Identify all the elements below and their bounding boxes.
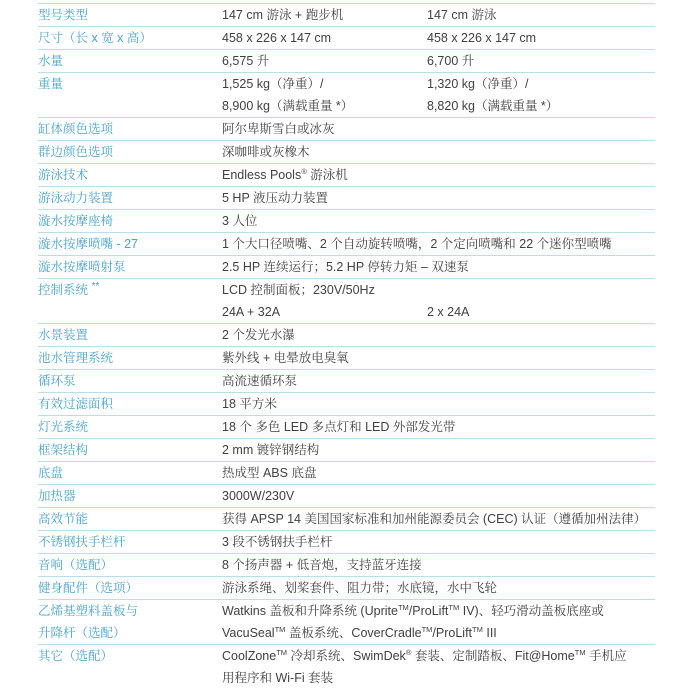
spec-label: 乙烯基塑料盖板与升降杆（选配） [38, 600, 222, 644]
spec-value-col1: 热成型 ABS 底盘 [222, 462, 655, 484]
spec-value-line: 深咖啡或灰橡木 [222, 141, 655, 163]
spec-table: 型号类型147 cm 游泳 + 跑步机147 cm 游泳尺寸（长 x 宽 x 高… [38, 3, 655, 689]
spec-values: 8 个扬声器 + 低音炮，支持蓝牙连接 [222, 554, 655, 576]
spec-row: 有效过滤面积18 平方米 [38, 393, 655, 416]
spec-value-col1: 2 个发光水瀑 [222, 324, 655, 346]
spec-value-col2: 458 x 226 x 147 cm [427, 27, 655, 49]
registered-mark: ® [406, 648, 412, 657]
spec-label: 底盘 [38, 462, 222, 484]
spec-value-col2: 8,820 kg（满载重量 *） [427, 95, 655, 117]
spec-label-line: 加热器 [38, 485, 222, 507]
spec-value-col1: 1,525 kg（净重）/ [222, 73, 427, 95]
spec-label: 漩水按摩喷嘴 - 27 [38, 233, 222, 255]
spec-value-col2: 6,700 升 [427, 50, 655, 72]
spec-label: 漩水按摩座椅 [38, 210, 222, 232]
spec-value-col1: 3 段不锈钢扶手栏杆 [222, 531, 655, 553]
spec-row: 音响（选配）8 个扬声器 + 低音炮，支持蓝牙连接 [38, 554, 655, 577]
spec-value-col1: 1 个大口径喷嘴、2 个自动旋转喷嘴，2 个定向喷嘴和 22 个迷你型喷嘴 [222, 233, 655, 255]
spec-label: 游泳动力装置 [38, 187, 222, 209]
spec-label: 缸体颜色选项 [38, 118, 222, 140]
spec-label: 音响（选配） [38, 554, 222, 576]
trademark-mark: TM [276, 648, 287, 657]
spec-row: 底盘热成型 ABS 底盘 [38, 462, 655, 485]
spec-value-col2: 147 cm 游泳 [427, 4, 655, 26]
spec-label: 框架结构 [38, 439, 222, 461]
spec-value-line: 高流速循环泵 [222, 370, 655, 392]
spec-value-col1: 18 个 多色 LED 多点灯和 LED 外部发光带 [222, 416, 655, 438]
spec-label: 漩水按摩喷射泵 [38, 256, 222, 278]
spec-label-line: 缸体颜色选项 [38, 118, 222, 140]
spec-row: 漩水按摩喷嘴 - 271 个大口径喷嘴、2 个自动旋转喷嘴，2 个定向喷嘴和 2… [38, 233, 655, 256]
spec-values: 游泳系绳、划桨套件、阻力带；水底镜，水中飞轮 [222, 577, 655, 599]
registered-mark: ® [301, 167, 307, 176]
spec-label: 游泳技术 [38, 164, 222, 186]
spec-row: 型号类型147 cm 游泳 + 跑步机147 cm 游泳 [38, 4, 655, 27]
spec-values: LCD 控制面板；230V/50Hz24A + 32A2 x 24A [222, 279, 655, 323]
spec-value-line: 3 段不锈钢扶手栏杆 [222, 531, 655, 553]
spec-row: 水景装置2 个发光水瀑 [38, 324, 655, 347]
spec-values: 3 段不锈钢扶手栏杆 [222, 531, 655, 553]
spec-values: 3 人位 [222, 210, 655, 232]
spec-label: 其它（选配） [38, 645, 222, 667]
spec-values: 3000W/230V [222, 485, 655, 507]
spec-value-col1: LCD 控制面板；230V/50Hz [222, 279, 655, 301]
trademark-mark: TM [575, 648, 586, 657]
spec-value-col1: 8,900 kg（满载重量 *） [222, 95, 427, 117]
spec-label-line: 循环泵 [38, 370, 222, 392]
spec-label-line: 升降杆（选配） [38, 622, 222, 644]
spec-value-line: 3 人位 [222, 210, 655, 232]
spec-value-col1: 18 平方米 [222, 393, 655, 415]
page: { "colors": { "label": "#4aa3c8", "value… [0, 0, 700, 700]
spec-value-col2: 2 x 24A [427, 301, 655, 323]
spec-value-col1: 紫外线 + 电晕放电臭氧 [222, 347, 655, 369]
spec-values: 获得 APSP 14 美国国家标准和加州能源委员会 (CEC) 认证（遵循加州法… [222, 508, 655, 530]
spec-label-line: 不锈钢扶手栏杆 [38, 531, 222, 553]
spec-value-line: VacuSealTM 盖板系统、CoverCradleTM/ProLiftTM … [222, 622, 655, 644]
trademark-mark: TM [275, 625, 286, 634]
spec-values: 紫外线 + 电晕放电臭氧 [222, 347, 655, 369]
trademark-mark: TM [398, 603, 409, 612]
spec-values: 6,575 升6,700 升 [222, 50, 655, 72]
spec-values: 1,525 kg（净重）/1,320 kg（净重）/8,900 kg（满载重量 … [222, 73, 655, 117]
footnote-asterisks: ** [91, 281, 99, 292]
spec-value-line: LCD 控制面板；230V/50Hz [222, 279, 655, 301]
spec-values: Endless Pools® 游泳机 [222, 164, 655, 186]
spec-label-line: 群边颜色选项 [38, 141, 222, 163]
spec-values: 18 平方米 [222, 393, 655, 415]
spec-row: 其它（选配）CoolZoneTM 冷却系统、SwimDek® 套装、定制踏板、F… [38, 645, 655, 689]
spec-label-line: 底盘 [38, 462, 222, 484]
spec-value-col1: 高流速循环泵 [222, 370, 655, 392]
spec-value-col1: 阿尔卑斯雪白或冰灰 [222, 118, 655, 140]
spec-value-col2: 1,320 kg（净重）/ [427, 73, 655, 95]
spec-label: 有效过滤面积 [38, 393, 222, 415]
spec-label-line: 尺寸（长 x 宽 x 高） [38, 27, 222, 49]
spec-value-line: 6,575 升6,700 升 [222, 50, 655, 72]
spec-value-line: 用程序和 Wi-Fi 套装 [222, 667, 655, 689]
spec-row: 框架结构2 mm 镀锌钢结构 [38, 439, 655, 462]
spec-values: 深咖啡或灰橡木 [222, 141, 655, 163]
spec-value-col1: 24A + 32A [222, 301, 427, 323]
spec-label-line: 重量 [38, 73, 222, 95]
spec-value-line: 8,900 kg（满载重量 *）8,820 kg（满载重量 *） [222, 95, 655, 117]
spec-value-col1: 3 人位 [222, 210, 655, 232]
spec-value-col1: VacuSealTM 盖板系统、CoverCradleTM/ProLiftTM … [222, 622, 655, 644]
spec-row: 尺寸（长 x 宽 x 高）458 x 226 x 147 cm458 x 226… [38, 27, 655, 50]
spec-row: 乙烯基塑料盖板与升降杆（选配）Watkins 盖板和升降系统 (UpriteTM… [38, 600, 655, 645]
spec-value-col1: 458 x 226 x 147 cm [222, 27, 427, 49]
spec-value-line: 2.5 HP 连续运行；5.2 HP 停转力矩 – 双速泵 [222, 256, 655, 278]
spec-row: 不锈钢扶手栏杆3 段不锈钢扶手栏杆 [38, 531, 655, 554]
spec-label-line: 游泳技术 [38, 164, 222, 186]
spec-value-col1: Watkins 盖板和升降系统 (UpriteTM/ProLiftTM IV)、… [222, 600, 655, 622]
spec-label-line: 游泳动力装置 [38, 187, 222, 209]
spec-values: 2 mm 镀锌钢结构 [222, 439, 655, 461]
spec-label: 重量 [38, 73, 222, 95]
spec-value-line: 1,525 kg（净重）/1,320 kg（净重）/ [222, 73, 655, 95]
spec-label-line: 高效节能 [38, 508, 222, 530]
spec-label: 型号类型 [38, 4, 222, 26]
spec-value-line: 24A + 32A2 x 24A [222, 301, 655, 323]
spec-value-col1: Endless Pools® 游泳机 [222, 164, 655, 186]
spec-value-line: 8 个扬声器 + 低音炮，支持蓝牙连接 [222, 554, 655, 576]
spec-label-line: 音响（选配） [38, 554, 222, 576]
spec-label: 加热器 [38, 485, 222, 507]
spec-label-line: 漩水按摩座椅 [38, 210, 222, 232]
spec-value-col1: 深咖啡或灰橡木 [222, 141, 655, 163]
spec-value-line: 2 mm 镀锌钢结构 [222, 439, 655, 461]
trademark-mark: TM [448, 603, 459, 612]
spec-row: 缸体颜色选项阿尔卑斯雪白或冰灰 [38, 118, 655, 141]
spec-label: 循环泵 [38, 370, 222, 392]
spec-values: 1 个大口径喷嘴、2 个自动旋转喷嘴，2 个定向喷嘴和 22 个迷你型喷嘴 [222, 233, 655, 255]
spec-value-line: 1 个大口径喷嘴、2 个自动旋转喷嘴，2 个定向喷嘴和 22 个迷你型喷嘴 [222, 233, 655, 255]
spec-row: 重量1,525 kg（净重）/1,320 kg（净重）/8,900 kg（满载重… [38, 73, 655, 118]
spec-values: CoolZoneTM 冷却系统、SwimDek® 套装、定制踏板、Fit@Hom… [222, 645, 655, 689]
spec-value-line: 2 个发光水瀑 [222, 324, 655, 346]
spec-label: 尺寸（长 x 宽 x 高） [38, 27, 222, 49]
spec-value-col1: 获得 APSP 14 美国国家标准和加州能源委员会 (CEC) 认证（遵循加州法… [222, 508, 655, 530]
spec-label: 群边颜色选项 [38, 141, 222, 163]
spec-row: 控制系统 **LCD 控制面板；230V/50Hz24A + 32A2 x 24… [38, 279, 655, 324]
spec-label-line: 有效过滤面积 [38, 393, 222, 415]
spec-row: 加热器3000W/230V [38, 485, 655, 508]
spec-value-col1: 147 cm 游泳 + 跑步机 [222, 4, 427, 26]
spec-label: 控制系统 ** [38, 279, 222, 301]
spec-row: 漩水按摩座椅3 人位 [38, 210, 655, 233]
spec-label-line: 水景装置 [38, 324, 222, 346]
spec-value-line: 147 cm 游泳 + 跑步机147 cm 游泳 [222, 4, 655, 26]
spec-row: 群边颜色选项深咖啡或灰橡木 [38, 141, 655, 164]
spec-label: 池水管理系统 [38, 347, 222, 369]
spec-values: 147 cm 游泳 + 跑步机147 cm 游泳 [222, 4, 655, 26]
spec-row: 灯光系统18 个 多色 LED 多点灯和 LED 外部发光带 [38, 416, 655, 439]
spec-values: 阿尔卑斯雪白或冰灰 [222, 118, 655, 140]
spec-values: 5 HP 液压动力装置 [222, 187, 655, 209]
spec-label-line: 框架结构 [38, 439, 222, 461]
spec-value-line: 18 平方米 [222, 393, 655, 415]
spec-value-line: 紫外线 + 电晕放电臭氧 [222, 347, 655, 369]
spec-row: 游泳技术Endless Pools® 游泳机 [38, 164, 655, 187]
spec-row: 池水管理系统紫外线 + 电晕放电臭氧 [38, 347, 655, 370]
spec-row: 漩水按摩喷射泵2.5 HP 连续运行；5.2 HP 停转力矩 – 双速泵 [38, 256, 655, 279]
spec-row: 水量6,575 升6,700 升 [38, 50, 655, 73]
spec-values: 2 个发光水瀑 [222, 324, 655, 346]
spec-label: 健身配件（选项） [38, 577, 222, 599]
trademark-mark: TM [422, 625, 433, 634]
spec-value-line: 获得 APSP 14 美国国家标准和加州能源委员会 (CEC) 认证（遵循加州法… [222, 508, 655, 530]
spec-row: 高效节能获得 APSP 14 美国国家标准和加州能源委员会 (CEC) 认证（遵… [38, 508, 655, 531]
spec-value-col1: 8 个扬声器 + 低音炮，支持蓝牙连接 [222, 554, 655, 576]
spec-value-line: Watkins 盖板和升降系统 (UpriteTM/ProLiftTM IV)、… [222, 600, 655, 622]
spec-label: 灯光系统 [38, 416, 222, 438]
spec-value-line: Endless Pools® 游泳机 [222, 164, 655, 186]
spec-label-line: 漩水按摩喷射泵 [38, 256, 222, 278]
spec-value-col1: 2 mm 镀锌钢结构 [222, 439, 655, 461]
spec-label-line: 漩水按摩喷嘴 - 27 [38, 233, 222, 255]
spec-value-line: 3000W/230V [222, 485, 655, 507]
spec-label-line: 健身配件（选项） [38, 577, 222, 599]
spec-value-col1: 3000W/230V [222, 485, 655, 507]
spec-label: 水景装置 [38, 324, 222, 346]
spec-label-line: 控制系统 ** [38, 279, 222, 301]
spec-value-line: 游泳系绳、划桨套件、阻力带；水底镜，水中飞轮 [222, 577, 655, 599]
spec-values: Watkins 盖板和升降系统 (UpriteTM/ProLiftTM IV)、… [222, 600, 655, 644]
spec-value-col1: 5 HP 液压动力装置 [222, 187, 655, 209]
spec-label-line: 乙烯基塑料盖板与 [38, 600, 222, 622]
spec-values: 高流速循环泵 [222, 370, 655, 392]
spec-value-col1: 用程序和 Wi-Fi 套装 [222, 667, 655, 689]
spec-values: 热成型 ABS 底盘 [222, 462, 655, 484]
spec-value-line: CoolZoneTM 冷却系统、SwimDek® 套装、定制踏板、Fit@Hom… [222, 645, 655, 667]
spec-values: 18 个 多色 LED 多点灯和 LED 外部发光带 [222, 416, 655, 438]
spec-value-line: 18 个 多色 LED 多点灯和 LED 外部发光带 [222, 416, 655, 438]
spec-label: 水量 [38, 50, 222, 72]
spec-row: 健身配件（选项）游泳系绳、划桨套件、阻力带；水底镜，水中飞轮 [38, 577, 655, 600]
spec-value-line: 阿尔卑斯雪白或冰灰 [222, 118, 655, 140]
spec-label: 不锈钢扶手栏杆 [38, 531, 222, 553]
spec-value-col1: 游泳系绳、划桨套件、阻力带；水底镜，水中飞轮 [222, 577, 655, 599]
spec-label-line: 型号类型 [38, 4, 222, 26]
spec-value-col1: 2.5 HP 连续运行；5.2 HP 停转力矩 – 双速泵 [222, 256, 655, 278]
trademark-mark: TM [472, 625, 483, 634]
spec-value-col1: CoolZoneTM 冷却系统、SwimDek® 套装、定制踏板、Fit@Hom… [222, 645, 655, 667]
spec-row: 循环泵高流速循环泵 [38, 370, 655, 393]
spec-value-line: 5 HP 液压动力装置 [222, 187, 655, 209]
spec-label-line: 其它（选配） [38, 645, 222, 667]
spec-row: 游泳动力装置5 HP 液压动力装置 [38, 187, 655, 210]
spec-label-line: 水量 [38, 50, 222, 72]
spec-label: 高效节能 [38, 508, 222, 530]
spec-values: 458 x 226 x 147 cm458 x 226 x 147 cm [222, 27, 655, 49]
spec-value-line: 458 x 226 x 147 cm458 x 226 x 147 cm [222, 27, 655, 49]
spec-label-line: 灯光系统 [38, 416, 222, 438]
spec-label-line: 池水管理系统 [38, 347, 222, 369]
spec-value-line: 热成型 ABS 底盘 [222, 462, 655, 484]
spec-value-col1: 6,575 升 [222, 50, 427, 72]
spec-values: 2.5 HP 连续运行；5.2 HP 停转力矩 – 双速泵 [222, 256, 655, 278]
